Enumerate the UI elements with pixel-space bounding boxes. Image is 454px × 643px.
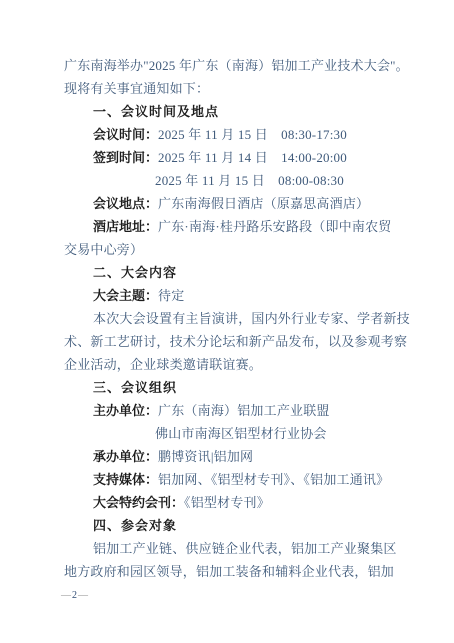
line-text: 广东南海举办"2025 年广东（南海）铝加工产业技术大会"。: [64, 58, 409, 73]
line-text: 交易中心旁）: [64, 242, 143, 257]
doc-line: 一、会议时间及地点: [93, 100, 404, 123]
line-text: 本次大会设置有主旨演讲，国内外行业专家、学者新技: [93, 311, 410, 326]
doc-line: 会议地点：广东南海假日酒店（原嘉思高酒店）: [93, 192, 404, 215]
line-label: 大会特约会刊：: [93, 495, 184, 510]
line-text: 2025 年 11 月 14 日 14:00-20:00: [158, 150, 347, 165]
doc-line: 广东南海举办"2025 年广东（南海）铝加工产业技术大会"。: [64, 54, 404, 77]
line-text: 广东南海假日酒店（原嘉思高酒店）: [158, 196, 369, 211]
doc-line: 支持媒体：铝加网、《铝型材专刊》、《铝加工通讯》: [93, 468, 404, 491]
page-number-dash-left: —: [61, 590, 72, 601]
line-text: 2025 年 11 月 15 日 08:30-17:30: [158, 127, 347, 142]
line-label: 签到时间：: [93, 150, 158, 165]
line-text: 现将有关事宜通知如下：: [64, 81, 209, 96]
line-text: 二、大会内容: [93, 265, 177, 280]
document-page: 广东南海举办"2025 年广东（南海）铝加工产业技术大会"。现将有关事宜通知如下…: [0, 0, 454, 643]
line-text: 铝加网、《铝型材专刊》、《铝加工通讯》: [158, 472, 389, 487]
line-text: 广东（南海）铝加工产业联盟: [158, 403, 330, 418]
doc-line: 大会主题：待定: [93, 284, 404, 307]
line-text: 术、新工艺研讨，技术分论坛和新产品发布，以及参观考察: [64, 334, 407, 349]
doc-line: 承办单位：鹏博资讯|铝加网: [93, 445, 404, 468]
line-text: 《铝型材专刊》: [184, 495, 270, 510]
doc-line: 会议时间：2025 年 11 月 15 日 08:30-17:30: [93, 123, 404, 146]
line-text: 三、会议组织: [93, 380, 177, 395]
line-text: 2025 年 11 月 15 日 08:00-08:30: [155, 173, 344, 188]
line-text: 企业活动，企业球类邀请联谊赛。: [64, 357, 262, 372]
line-text: 地方政府和园区领导，铝加工装备和辅料企业代表，铝加: [64, 564, 394, 579]
page-number-dash-right: —: [78, 590, 89, 601]
doc-line: 2025 年 11 月 15 日 08:00-08:30: [155, 169, 404, 192]
line-label: 酒店地址：: [93, 219, 158, 234]
line-text: 佛山市南海区铝型材行业协会: [155, 426, 327, 441]
line-text: 鹏博资讯|铝加网: [158, 449, 253, 464]
line-label: 会议时间：: [93, 127, 158, 142]
line-text: 待定: [158, 288, 184, 303]
doc-line: 术、新工艺研讨，技术分论坛和新产品发布，以及参观考察: [64, 330, 404, 353]
doc-line: 交易中心旁）: [64, 238, 404, 261]
line-label: 会议地点：: [93, 196, 158, 211]
doc-line: 三、会议组织: [93, 376, 404, 399]
page-number: —2—: [61, 590, 89, 602]
doc-line: 企业活动，企业球类邀请联谊赛。: [64, 353, 404, 376]
doc-line: 地方政府和园区领导，铝加工装备和辅料企业代表，铝加: [64, 560, 404, 583]
document-lines: 广东南海举办"2025 年广东（南海）铝加工产业技术大会"。现将有关事宜通知如下…: [64, 54, 404, 583]
line-label: 承办单位：: [93, 449, 158, 464]
doc-line: 四、参会对象: [93, 514, 404, 537]
doc-line: 大会特约会刊：《铝型材专刊》: [93, 491, 404, 514]
doc-line: 签到时间：2025 年 11 月 14 日 14:00-20:00: [93, 146, 404, 169]
line-label: 支持媒体：: [93, 472, 158, 487]
doc-line: 二、大会内容: [93, 261, 404, 284]
doc-line: 铝加工产业链、供应链企业代表，铝加工产业聚集区: [93, 537, 404, 560]
doc-line: 酒店地址：广东·南海·桂丹路乐安路段（即中南农贸: [93, 215, 404, 238]
line-text: 一、会议时间及地点: [93, 104, 219, 119]
doc-line: 本次大会设置有主旨演讲，国内外行业专家、学者新技: [93, 307, 404, 330]
line-label: 大会主题：: [93, 288, 158, 303]
doc-line: 佛山市南海区铝型材行业协会: [155, 422, 404, 445]
doc-line: 现将有关事宜通知如下：: [64, 77, 404, 100]
line-text: 四、参会对象: [93, 518, 177, 533]
line-text: 铝加工产业链、供应链企业代表，铝加工产业聚集区: [93, 541, 397, 556]
line-label: 主办单位：: [93, 403, 158, 418]
line-text: 广东·南海·桂丹路乐安路段（即中南农贸: [158, 219, 391, 234]
doc-line: 主办单位：广东（南海）铝加工产业联盟: [93, 399, 404, 422]
